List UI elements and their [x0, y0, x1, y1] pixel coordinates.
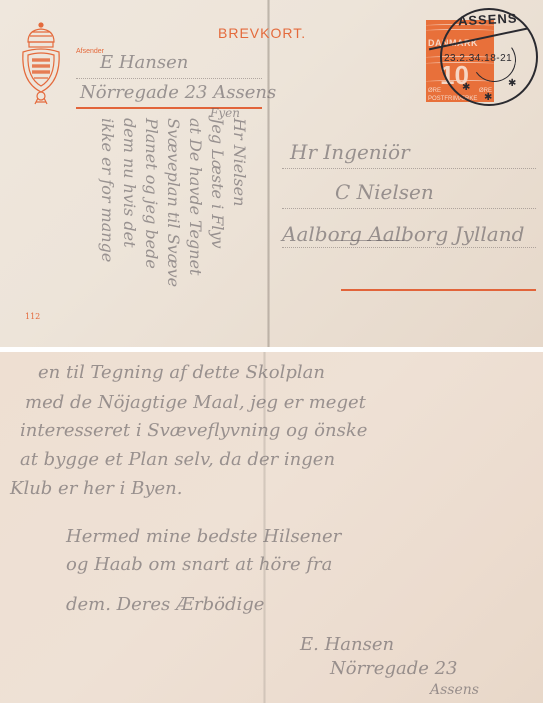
message-line: at De havde Tegnet: [184, 118, 206, 348]
message-line: ikke er for mange: [96, 118, 118, 348]
message-line: med de Nöjagtige Maal, jeg er meget: [25, 392, 366, 413]
sender-name: E Hansen: [100, 52, 188, 73]
message-line: interesseret i Svæveflyvning og önske: [20, 420, 367, 441]
message-line: Svæveplan til Svæve: [162, 118, 184, 348]
stamp-currency-left: ØRE: [428, 88, 441, 94]
vertical-message: Hr Nielsen Jeg Læste i Flyv at De havde …: [100, 118, 250, 348]
address-line-1: [282, 168, 536, 169]
star-icon: ✱: [462, 82, 470, 93]
card-number: 112: [25, 312, 40, 321]
message-line: Hermed mine bedste Hilsener: [66, 526, 341, 547]
postcard-back: en til Tegning af dette Skolplan med de …: [0, 352, 543, 703]
recipient-line-3: Aalborg Aalborg Jylland: [282, 222, 524, 246]
recipient-line-1: Hr Ingeniör: [290, 140, 410, 164]
fold-crease: [267, 0, 270, 347]
signature-town: Assens: [430, 682, 479, 698]
address-line-2: [282, 208, 536, 209]
message-line: Hr Nielsen: [228, 118, 250, 348]
signature-street: Nörregade 23: [330, 658, 458, 679]
postmark-date: 23.2.34.18-21: [444, 53, 512, 64]
sender-line-1: [76, 78, 262, 79]
message-line: og Haab om snart at höre fra: [66, 554, 332, 575]
message-line: en til Tegning af dette Skolplan: [38, 362, 325, 383]
message-line: Jeg Læste i Flyv: [206, 118, 228, 348]
address-underline: [341, 289, 536, 291]
star-icon: ✱: [484, 92, 492, 103]
star-icon: ✱: [508, 78, 516, 89]
message-line: at bygge et Plan selv, da der ingen: [20, 449, 335, 470]
message-line: Planet og jeg bede: [140, 118, 162, 348]
sender-street: Nörregade 23 Assens: [80, 82, 276, 103]
postcard-front: Afsender BREVKORT. E Hansen Nörregade 23…: [0, 0, 543, 347]
strikethrough: [335, 240, 405, 241]
recipient-line-2: C Nielsen: [335, 180, 434, 204]
message-line: dem nu hvis det: [118, 118, 140, 348]
address-line-3: [282, 247, 536, 248]
royal-coat-of-arms-icon: [18, 22, 64, 106]
postmark-town: ASSENS: [458, 10, 518, 28]
signature-name: E. Hansen: [300, 634, 394, 655]
message-line: dem. Deres Ærbödige: [66, 594, 264, 615]
card-title: BREVKORT.: [218, 25, 306, 41]
message-line: Klub er her i Byen.: [10, 478, 182, 499]
